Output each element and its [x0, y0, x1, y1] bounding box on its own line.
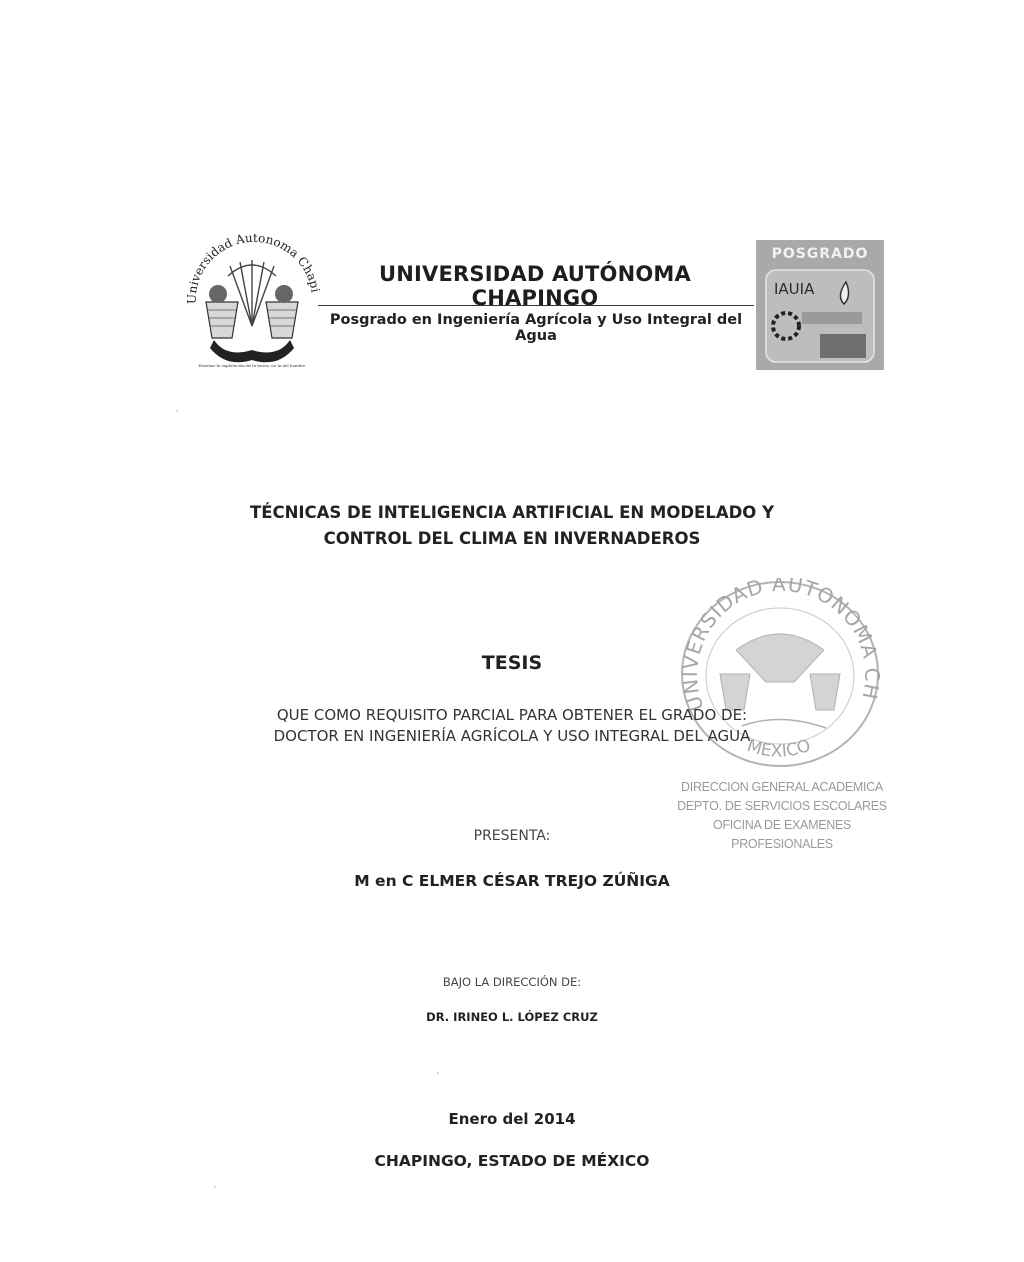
header-divider: [318, 305, 754, 306]
advisor-name: DR. IRINEO L. LÓPEZ CRUZ: [0, 1010, 1024, 1024]
degree-line-1: QUE COMO REQUISITO PARCIAL PARA OBTENER …: [0, 705, 1024, 726]
iauia-posgrado-logo-icon: POSGRADO IAUIA: [756, 240, 884, 370]
thesis-title-line-1: TÉCNICAS DE INTELIGENCIA ARTIFICIAL EN M…: [0, 500, 1024, 526]
thesis-title: TÉCNICAS DE INTELIGENCIA ARTIFICIAL EN M…: [0, 500, 1024, 552]
author-name: M en C ELMER CÉSAR TREJO ZÚÑIGA: [0, 872, 1024, 890]
chapingo-coat-of-arms-icon: Universidad Autonoma Chapingo Enseñar la…: [178, 226, 326, 376]
submission-place: CHAPINGO, ESTADO DE MÉXICO: [0, 1152, 1024, 1170]
scan-speck: [437, 1072, 439, 1074]
iauia-acronym: IAUIA: [774, 280, 815, 298]
degree-statement: QUE COMO REQUISITO PARCIAL PARA OBTENER …: [0, 705, 1024, 747]
submission-date: Enero del 2014: [0, 1110, 1024, 1128]
stamp-line-1: DIRECCION GENERAL ACADEMICA: [676, 778, 888, 797]
university-name: UNIVERSIDAD AUTÓNOMA CHAPINGO: [320, 262, 750, 310]
logo-motto: Enseñar la explotación de la tierra, no …: [198, 363, 306, 368]
presenta-label: PRESENTA:: [0, 828, 1024, 844]
posgrado-label: POSGRADO: [756, 246, 884, 262]
thesis-type-label: TESIS: [0, 652, 1024, 674]
thesis-title-line-2: CONTROL DEL CLIMA EN INVERNADEROS: [0, 526, 1024, 552]
advisor-label: BAJO LA DIRECCIÓN DE:: [0, 975, 1024, 989]
program-name: Posgrado en Ingeniería Agrícola y Uso In…: [318, 312, 754, 344]
scan-speck: [176, 410, 178, 412]
stamp-line-2: DEPTO. DE SERVICIOS ESCOLARES: [676, 797, 888, 816]
scan-speck: [214, 1186, 216, 1188]
degree-line-2: DOCTOR EN INGENIERÍA AGRÍCOLA Y USO INTE…: [0, 726, 1024, 747]
